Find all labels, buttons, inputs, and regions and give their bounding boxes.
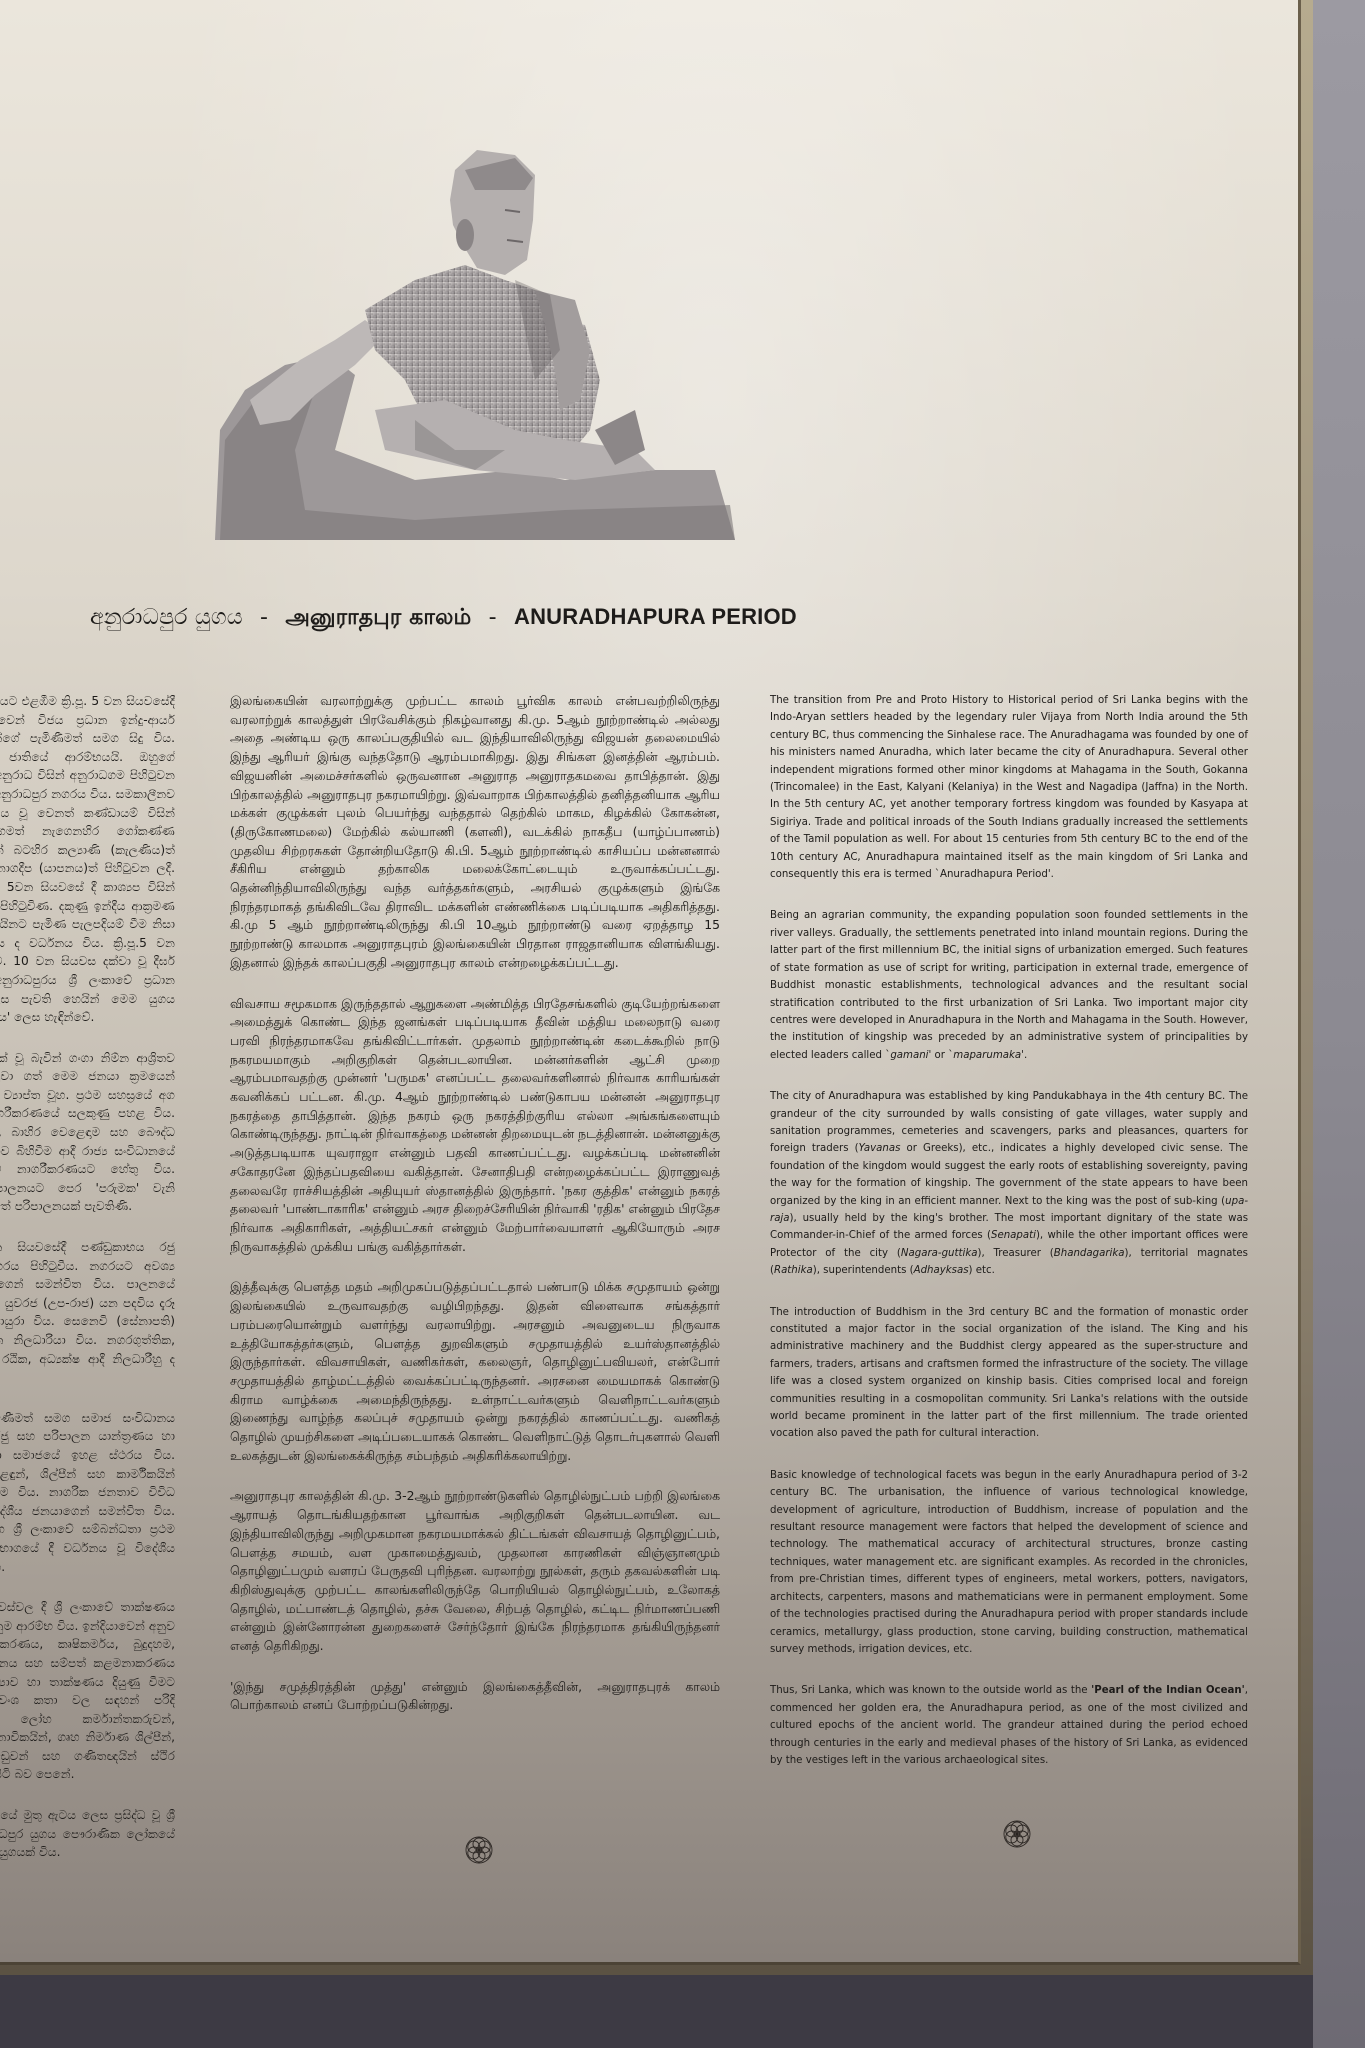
lotus-rosette-icon <box>1003 1820 1031 1848</box>
sinhala-paragraph: බුදු දහම පැමිණීමත් සමග සමාජ සංවිධානය වෙන… <box>0 1409 175 1576</box>
english-paragraph: The city of Anuradhapura was established… <box>770 1088 1248 1279</box>
title-tamil: அனுராதபுர காலம் <box>285 605 471 630</box>
english-paragraph: Thus, Sri Lanka, which was known to the … <box>770 1682 1248 1769</box>
wall-background <box>1310 0 1365 2048</box>
statue-illustration <box>215 150 735 540</box>
tamil-paragraph: இலங்கையின் வரலாற்றுக்கு முற்பட்ட காலம் ப… <box>230 692 720 973</box>
information-panel: අනුරාධපුර යුගය - அனுராதபுர காலம் - ANURA… <box>0 0 1301 1965</box>
sinhala-paragraph: ගොවි ජනතාවක් වූ බැවින් ගංගා නිම්න ආශ්‍රි… <box>0 1049 175 1216</box>
tamil-paragraph: விவசாய சமூகமாக இருந்ததால் ஆறுகளை அண்மித்… <box>230 995 720 1257</box>
tamil-paragraph: இத்தீவுக்கு பௌத்த மதம் அறிமுகப்படுத்தப்ப… <box>230 1278 720 1465</box>
english-paragraph: Being an agrarian community, the expandi… <box>770 907 1248 1064</box>
sinhala-paragraph: ඉන්දියානු සාගරයේ මුතු ඇටය ලෙස ප්‍රසිද්ධ … <box>0 1806 175 1862</box>
sinhala-text-column: ඓතිහාසික යුගයට එළඹීම ක්‍රි.පූ. 5 වන සියව… <box>0 692 175 1884</box>
sinhala-paragraph: ක්‍රි.පූ. 3-2 සියවස්වල දී ශ්‍රී ලංකාවේ ත… <box>0 1598 175 1784</box>
english-paragraph: The transition from Pre and Proto Histor… <box>770 692 1248 883</box>
floor-shadow <box>0 1975 1313 2048</box>
english-text-column: The transition from Pre and Proto Histor… <box>770 692 1248 1793</box>
sinhala-paragraph: ක්‍රි.පූ. 4 වන සියවසේදී පණ්ඩුකාභය රජු අන… <box>0 1238 175 1387</box>
tamil-paragraph: அனுராதபுர காலத்தின் கி.மு. 3-2ஆம் நூற்றா… <box>230 1487 720 1655</box>
english-paragraph: Basic knowledge of technological facets … <box>770 1467 1248 1658</box>
title-separator: - <box>260 605 268 630</box>
page-title: අනුරාධපුර යුගය - அனுராதபுர காலம் - ANURA… <box>90 604 797 633</box>
sinhala-paragraph: ඓතිහාසික යුගයට එළඹීම ක්‍රි.පූ. 5 වන සියව… <box>0 692 175 1027</box>
title-sinhala: අනුරාධපුර යුගය <box>90 605 243 630</box>
lotus-rosette-icon <box>465 1836 493 1864</box>
title-separator: - <box>489 605 497 630</box>
tamil-paragraph: 'இந்து சமுத்திரத்தின் முத்து' என்னும் இல… <box>230 1678 720 1715</box>
title-english: ANURADHAPURA PERIOD <box>514 604 797 629</box>
tamil-text-column: இலங்கையின் வரலாற்றுக்கு முற்பட்ட காலம் ப… <box>230 692 720 1737</box>
english-paragraph: The introduction of Buddhism in the 3rd … <box>770 1304 1248 1443</box>
